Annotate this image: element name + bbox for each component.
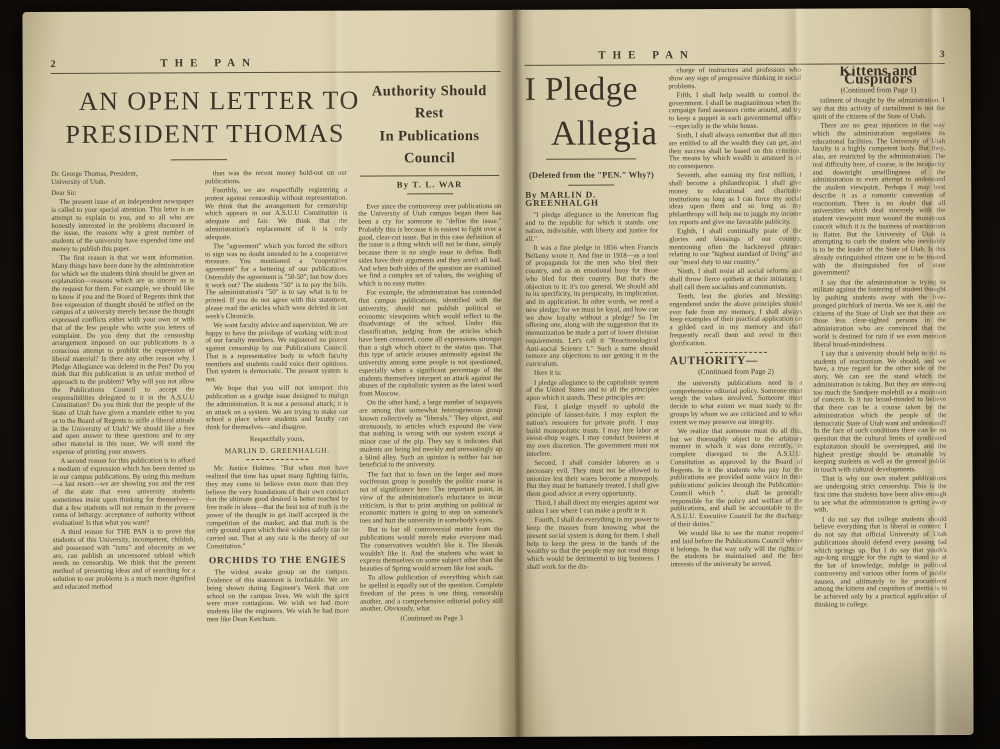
page-3-column-1: I Pledge Allegiance (Deleted from the "P… xyxy=(525,67,661,723)
paragraph: charge of instructors and professors who… xyxy=(668,67,801,91)
open-letter-headline: AN OPEN LETTER TO PRESIDENT THOMAS xyxy=(51,85,347,151)
paragraph: We realize that someone must do all this… xyxy=(670,427,803,528)
paragraph: First, I pledge myself to uphold the pri… xyxy=(526,404,659,459)
page-3-column-3: Kittens and Cuspidors (Continued from Pa… xyxy=(812,66,948,722)
paragraph: The present issue of an independent news… xyxy=(51,199,194,254)
headline-line-2: PRESIDENT THOMAS xyxy=(51,117,347,151)
continued-note: (Continued on Page 3 xyxy=(360,615,503,623)
letter-body-continued: than was the recent money hold-out on ou… xyxy=(205,170,349,432)
paragraph: The "agreement" which you forced the edi… xyxy=(205,242,348,320)
orchids-heading: ORCHIDS TO THE ENGIES xyxy=(206,557,349,565)
paragraph: tailment of thought by the administratio… xyxy=(812,97,945,121)
authority-article-heading: Authority Should Rest In Publications Co… xyxy=(358,80,501,170)
title-rule xyxy=(546,158,636,159)
paragraph: Ninth, I shall resist all social reforms… xyxy=(669,268,802,292)
page-2-header: 2 THE PAN xyxy=(51,56,501,70)
paragraph: The widest awake group on the campus. Ev… xyxy=(206,569,349,624)
authority-continued-note: (Continued from Page 2) xyxy=(670,368,803,376)
paragraph: On the other hand, a large number of tax… xyxy=(359,399,502,469)
paragraph: "I pledge allegiance to the American fla… xyxy=(525,212,658,244)
paragraph: the university publications need is a co… xyxy=(670,379,803,426)
paragraph: Fourthly, we are respectfully registerin… xyxy=(205,187,348,242)
paragraph: I do not say that college students shoul… xyxy=(814,516,947,610)
letter-body: The present issue of an independent news… xyxy=(51,199,195,592)
paragraph: Seventh, after earning my first million,… xyxy=(669,172,802,227)
authority-heading-line-1: Authority Should Rest xyxy=(358,80,501,126)
headline-line-1: AN OPEN LETTER TO xyxy=(51,85,347,119)
paragraph: The first reason is that we want informa… xyxy=(51,254,194,456)
page-number: 3 xyxy=(919,49,945,60)
paragraph: A third reason for THE PAN is to prove t… xyxy=(53,529,196,592)
pledge-title-line-1: I Pledge xyxy=(525,73,658,107)
pledge-subtitle: (Deleted from the "PEN." Why?) xyxy=(525,171,658,179)
paragraph: A second reason for this publication is … xyxy=(52,457,195,527)
pledge-title-line-2: Allegiance xyxy=(525,115,658,151)
masthead: THE PAN xyxy=(77,56,501,70)
pledge-body: "I pledge allegiance to the American fla… xyxy=(525,212,659,572)
page-number: 2 xyxy=(51,59,77,70)
orchids-body: The widest awake group on the campus. Ev… xyxy=(206,569,349,624)
pledge-title: I Pledge Allegiance xyxy=(525,73,658,151)
paragraph: To allow publication of everything which… xyxy=(360,574,503,613)
paragraph: For example, the administration has cont… xyxy=(359,289,502,398)
magazine-spread: 2 THE PAN AN OPEN LETTER TO PRESIDENT TH… xyxy=(22,8,973,739)
kittens-body: tailment of thought by the administratio… xyxy=(812,97,947,609)
letter-closing: Respectfully yours, xyxy=(206,435,349,443)
authority-continued-heading: AUTHORITY— xyxy=(670,358,803,366)
paragraph: Sixth, I shall always remember that all … xyxy=(669,132,802,171)
open-letter-article: AN OPEN LETTER TO PRESIDENT THOMAS Dr. G… xyxy=(51,73,350,719)
page-3-column-2: charge of instructors and professors who… xyxy=(668,67,804,723)
paragraph: I pledge allegiance to the capitalistic … xyxy=(526,379,659,403)
paragraph: Mr. Justice Holmes: "But when men have r… xyxy=(206,465,349,551)
authority-heading-line-2: In Publications Council xyxy=(358,125,501,171)
paragraph: We hope that you will not interpret this… xyxy=(206,385,349,432)
page-3-header: THE PAN 3 xyxy=(525,48,945,62)
paragraph: Fifth, I shall help wealth to control th… xyxy=(668,91,801,130)
pledge-byline: By MARLIN D. GREENHALGH xyxy=(525,191,658,207)
paragraph: Tenth, lest the glories and blessings en… xyxy=(669,293,802,348)
paragraph: I say that the administration is trying … xyxy=(813,279,946,349)
letter-salutation: Dear Sir: xyxy=(51,189,194,197)
kittens-heading: Kittens and Cuspidors xyxy=(812,68,945,84)
page-3: THE PAN 3 I Pledge Allegiance (Deleted f… xyxy=(512,8,973,737)
paragraph: I say that a university should help to r… xyxy=(813,350,946,475)
page-2-column-2: than was the recent money hold-out on ou… xyxy=(205,170,350,719)
paragraph: Second, I shall consider laborers as a n… xyxy=(526,459,659,498)
authority-continued-body: the university publications need is a co… xyxy=(670,379,803,569)
photo-background: 2 THE PAN AN OPEN LETTER TO PRESIDENT TH… xyxy=(0,0,1000,749)
heading-rule xyxy=(360,175,499,177)
letter-address: Dr. George Thomas, President,University … xyxy=(51,170,194,186)
dash-divider xyxy=(246,459,308,460)
paragraph: The fact that to fawn on the larger and … xyxy=(359,471,502,526)
paragraph: Eighth, I shall continually prate of the… xyxy=(669,228,802,267)
kittens-continued-note: (Continued from Page 1) xyxy=(812,86,945,94)
masthead: THE PAN xyxy=(525,48,919,62)
dash-divider xyxy=(705,352,767,353)
paragraph: There are no great injustices in the way… xyxy=(812,122,945,278)
authority-byline: By T. L. WAR xyxy=(358,181,501,189)
pledge-body-continued: charge of instructors and professors who… xyxy=(668,67,802,348)
page-2: 2 THE PAN AN OPEN LETTER TO PRESIDENT TH… xyxy=(22,10,515,739)
page-2-column-3: Authority Should Rest In Publications Co… xyxy=(358,72,504,718)
paragraph: That is why our own student publications… xyxy=(814,475,947,514)
paragraph: It was a fine pledge in 1856 when Franci… xyxy=(525,244,658,369)
paragraph: than was the recent money hold-out on ou… xyxy=(205,170,348,186)
paragraph: Fourth, I shall do everything in my powe… xyxy=(527,517,660,572)
paragraph: University of Utah. xyxy=(51,178,194,186)
authority-article-body: Ever since the controversy over publicat… xyxy=(358,203,503,614)
paragraph: Here it is: xyxy=(526,370,659,378)
paragraph: We want faculty advice and supervision. … xyxy=(205,321,348,384)
letter-signature: MARLIN D. GREENHALGH. xyxy=(206,446,349,454)
page-2-column-1: Dr. George Thomas, President,University … xyxy=(51,170,196,719)
subtitle-rule xyxy=(569,184,615,185)
byline-rule xyxy=(407,193,453,194)
paragraph: Ever since the controversy over publicat… xyxy=(358,203,501,289)
paragraph: We would like to see the matter reopened… xyxy=(670,530,803,569)
holmes-quote: Mr. Justice Holmes: "But when men have r… xyxy=(206,465,349,551)
paragraph: Third, I shall direct my energies agains… xyxy=(527,500,660,516)
headline-rule xyxy=(171,159,227,160)
paragraph: But to bar all controversial matter from… xyxy=(360,526,503,573)
